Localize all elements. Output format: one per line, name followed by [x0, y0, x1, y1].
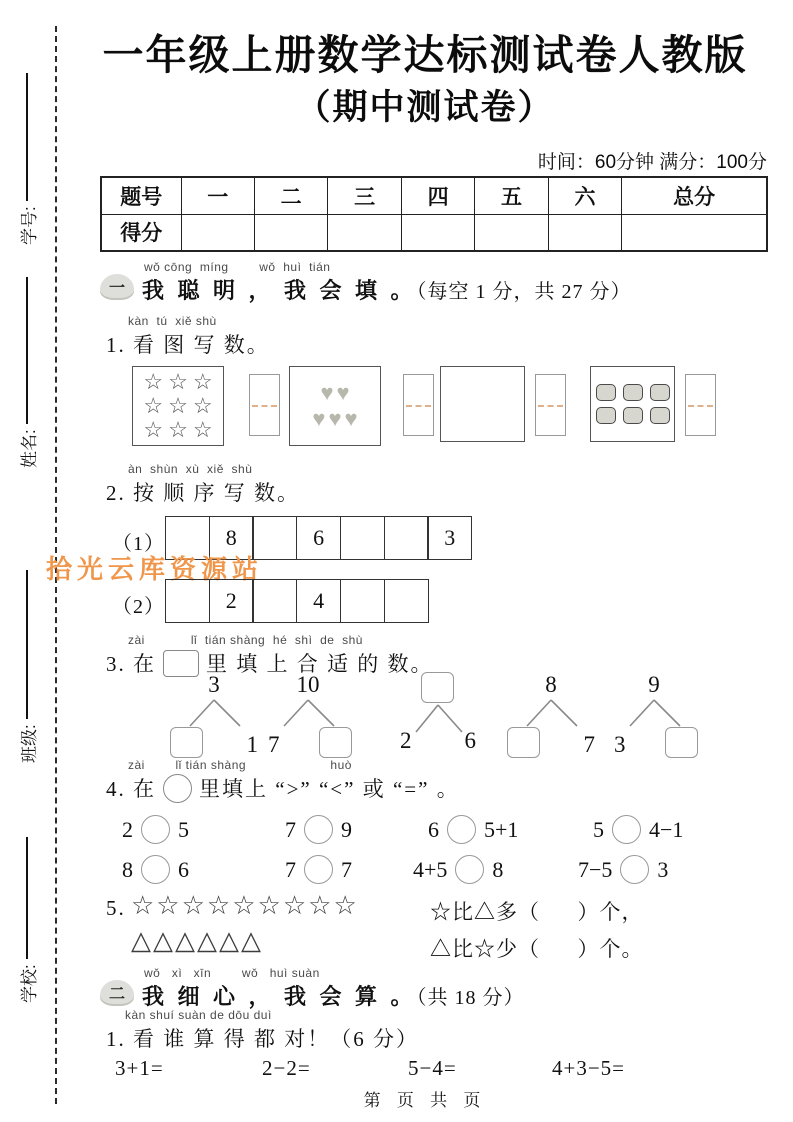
star-row: ☆☆☆ — [138, 394, 217, 418]
q1-hearts-box: ♥♥ ♥♥♥ — [289, 366, 381, 446]
score-empty-cell — [328, 214, 401, 251]
fill-circle-icon — [163, 774, 192, 803]
q4-text-after: 里填上 “>” “<” 或 “=” 。 — [199, 777, 460, 801]
cmp-right: 8 — [492, 857, 503, 883]
answer-box-dash-line — [406, 405, 431, 407]
score-table-score-row: 得分 — [101, 214, 767, 251]
cmp-right: 4−1 — [649, 817, 683, 843]
score-header-cell: 三 — [328, 177, 401, 214]
score-empty-cell — [622, 214, 767, 251]
compare-circle-icon — [304, 815, 333, 844]
score-header-cell: 题号 — [101, 177, 181, 214]
school-field: 学校: — [12, 837, 38, 1003]
q1-empty-box — [440, 366, 525, 442]
cmp-right: 5 — [178, 817, 189, 843]
sequence-cell — [384, 516, 429, 560]
number-bond-5: 9 3 — [608, 676, 700, 758]
cookie-icon — [623, 407, 643, 424]
bond-left-number: 7 — [268, 732, 280, 758]
cmp-right: 6 — [178, 857, 189, 883]
score-table: 题号 一 二 三 四 五 六 总分 得分 — [100, 176, 768, 252]
student-name-label: 姓名: — [15, 429, 40, 468]
q1-pinyin: kàn tú xiě shù — [128, 314, 217, 328]
sequence-cell: 4 — [296, 579, 341, 623]
q1-answer-box-1 — [249, 374, 280, 436]
comparison-item: 54−1 — [593, 815, 683, 844]
sequence-cell — [340, 579, 385, 623]
student-number-label: 学号: — [15, 206, 40, 245]
cookie-icon — [650, 384, 670, 401]
sequence-cell: 2 — [209, 579, 254, 623]
compare-circle-icon — [304, 855, 333, 884]
heart-row: ♥♥ — [317, 380, 352, 406]
cmp-right: 7 — [341, 857, 352, 883]
score-empty-cell — [401, 214, 474, 251]
bond-right-number: 7 — [584, 732, 596, 758]
class-blank-line — [26, 570, 28, 719]
time-score-info: 时间：60分钟 满分：100分 — [538, 147, 767, 174]
school-blank-line — [26, 837, 28, 959]
cmp-left: 2 — [122, 817, 133, 843]
q1-text: 1. 看 图 写 数。 — [106, 329, 270, 359]
comparison-item: 7−53 — [578, 855, 668, 884]
q1-answer-box-4 — [685, 374, 716, 436]
score-table-header-row: 题号 一 二 三 四 五 六 总分 — [101, 177, 767, 214]
answer-box-dash-line — [688, 405, 713, 407]
section2-badge-number: 二 — [109, 981, 125, 1004]
sequence-cell — [252, 579, 297, 623]
section1-badge-number: 一 — [109, 275, 125, 298]
answer-box-dash-line — [538, 405, 563, 407]
s2q1-pinyin: kàn shuí suàn de dōu duì — [125, 1008, 272, 1022]
comparison-item: 4+58 — [413, 855, 503, 884]
q1-answer-box-3 — [535, 374, 566, 436]
compare-circle-icon — [141, 815, 170, 844]
class-label: 班级: — [15, 724, 40, 763]
student-number-field: 学号: — [12, 73, 38, 245]
q2-row2-label: （2） — [112, 590, 165, 619]
test-paper-page: 学号: 姓名: 班级: 学校: 一年级上册数学达标测试卷人教版 （期中测试卷） … — [0, 0, 793, 1122]
q3-pinyin: zài lǐ tián shàng hé shì de shù — [128, 633, 363, 647]
q5-triangles-row: △△△△△△ — [131, 926, 263, 956]
page-subtitle: （期中测试卷） — [57, 80, 793, 130]
q5-number: 5. — [106, 896, 126, 921]
sequence-cell — [340, 516, 385, 560]
q1-cookies-box — [590, 366, 675, 442]
compare-circle-icon — [620, 855, 649, 884]
q5-stars-row: ☆☆☆☆☆☆☆☆☆ — [131, 891, 359, 921]
bond-answer-box — [319, 727, 352, 758]
cmp-right: 5+1 — [484, 817, 518, 843]
score-header-cell: 四 — [401, 177, 474, 214]
section1-title-text: 我 聪 明 ， 我 会 填 。 — [142, 278, 417, 303]
section1-title: 我 聪 明 ， 我 会 填 。（每空 1 分，共 27 分） — [142, 274, 632, 305]
score-header-cell: 总分 — [622, 177, 767, 214]
q4-text: 4. 在里填上 “>” “<” 或 “=” 。 — [106, 773, 460, 803]
star-row: ☆☆☆ — [138, 418, 217, 442]
bond-answer-box — [665, 727, 698, 758]
compare-circle-icon — [612, 815, 641, 844]
q4-text-before: 4. 在 — [106, 777, 156, 801]
calc-problem: 5−4= — [408, 1056, 457, 1081]
class-field: 班级: — [12, 570, 38, 763]
sequence-cell — [384, 579, 429, 623]
bond-right-number: 1 — [247, 732, 259, 758]
bond-right-number: 6 — [465, 728, 477, 754]
cmp-left: 8 — [122, 857, 133, 883]
section1-note: （每空 1 分，共 27 分） — [417, 281, 632, 303]
cmp-left: 5 — [593, 817, 604, 843]
compare-circle-icon — [141, 855, 170, 884]
calc-problem: 3+1= — [115, 1056, 164, 1081]
section2-mushroom-icon: 二 — [100, 980, 134, 1004]
q2-row2-strip: 2 4 — [165, 579, 429, 623]
cmp-right: 3 — [657, 857, 668, 883]
school-label: 学校: — [15, 964, 40, 1003]
student-name-field: 姓名: — [12, 277, 38, 468]
q2-text: 2. 按 顺 序 写 数。 — [106, 477, 300, 507]
s2q1-text: 1. 看 谁 算 得 都 对！（6 分） — [106, 1023, 419, 1053]
page-footer: 第 页 共 页 — [57, 1086, 793, 1111]
compare-circle-icon — [455, 855, 484, 884]
bond-left-number: 2 — [400, 728, 412, 754]
bond-left-number: 3 — [614, 732, 626, 758]
calc-problem: 2−2= — [262, 1056, 311, 1081]
q2-pinyin: àn shùn xù xiě shù — [128, 462, 252, 476]
score-header-cell: 六 — [548, 177, 621, 214]
comparison-item: 86 — [122, 855, 189, 884]
number-bond-1: 3 1 — [168, 676, 260, 758]
cmp-right: 9 — [341, 817, 352, 843]
score-empty-cell — [254, 214, 327, 251]
section2-title: 我 细 心 ， 我 会 算 。（共 18 分） — [142, 980, 525, 1011]
score-header-cell: 五 — [475, 177, 548, 214]
section1-pinyin: wǒ cōng míng wǒ huì tián — [144, 260, 330, 274]
comparison-item: 65+1 — [428, 815, 518, 844]
section2-pinyin: wǒ xì xīn wǒ huì suàn — [144, 966, 320, 980]
sequence-cell: 6 — [296, 516, 341, 560]
cmp-left: 7−5 — [578, 857, 612, 883]
section2-title-text: 我 细 心 ， 我 会 算 。 — [142, 984, 417, 1009]
heart-row: ♥♥♥ — [309, 406, 360, 432]
cmp-left: 7 — [285, 817, 296, 843]
cookie-icon — [623, 384, 643, 401]
score-empty-cell — [475, 214, 548, 251]
cookie-icon — [596, 407, 616, 424]
score-empty-cell — [548, 214, 621, 251]
calc-problem: 4+3−5= — [552, 1056, 625, 1081]
number-bond-4: 8 7 — [505, 676, 597, 758]
score-header-cell: 一 — [181, 177, 254, 214]
score-row-label: 得分 — [101, 214, 181, 251]
q5-statement-1: ☆比△多（ ）个， — [430, 896, 644, 926]
cmp-left: 4+5 — [413, 857, 447, 883]
compare-circle-icon — [447, 815, 476, 844]
q1-stars-box: ☆☆☆ ☆☆☆ ☆☆☆ — [132, 366, 224, 446]
score-empty-cell — [181, 214, 254, 251]
section2-note: （共 18 分） — [417, 987, 525, 1009]
comparison-item: 79 — [285, 815, 352, 844]
cookie-grid — [596, 384, 670, 424]
q4-pinyin: zài lǐ tián shàng huò — [128, 758, 352, 772]
student-name-blank-line — [26, 277, 28, 424]
q3-text-before: 3. 在 — [106, 652, 156, 676]
sequence-cell: 3 — [427, 516, 472, 560]
section1-mushroom-icon: 一 — [100, 274, 134, 298]
bond-answer-box — [170, 727, 203, 758]
star-row: ☆☆☆ — [138, 370, 217, 394]
number-bond-3: 2 6 — [392, 672, 484, 754]
cookie-icon — [650, 407, 670, 424]
comparison-item: 77 — [285, 855, 352, 884]
q5-statement-2: △比☆少（ ）个。 — [430, 933, 644, 963]
bond-answer-box — [507, 727, 540, 758]
cmp-left: 7 — [285, 857, 296, 883]
page-title: 一年级上册数学达标测试卷人教版 — [57, 22, 793, 81]
answer-box-dash-line — [252, 405, 277, 407]
student-number-blank-line — [26, 73, 28, 201]
score-header-cell: 二 — [254, 177, 327, 214]
cmp-left: 6 — [428, 817, 439, 843]
cookie-icon — [596, 384, 616, 401]
sequence-cell — [165, 579, 210, 623]
number-bond-2: 10 7 — [262, 676, 354, 758]
comparison-item: 25 — [122, 815, 189, 844]
q1-answer-box-2 — [403, 374, 434, 436]
